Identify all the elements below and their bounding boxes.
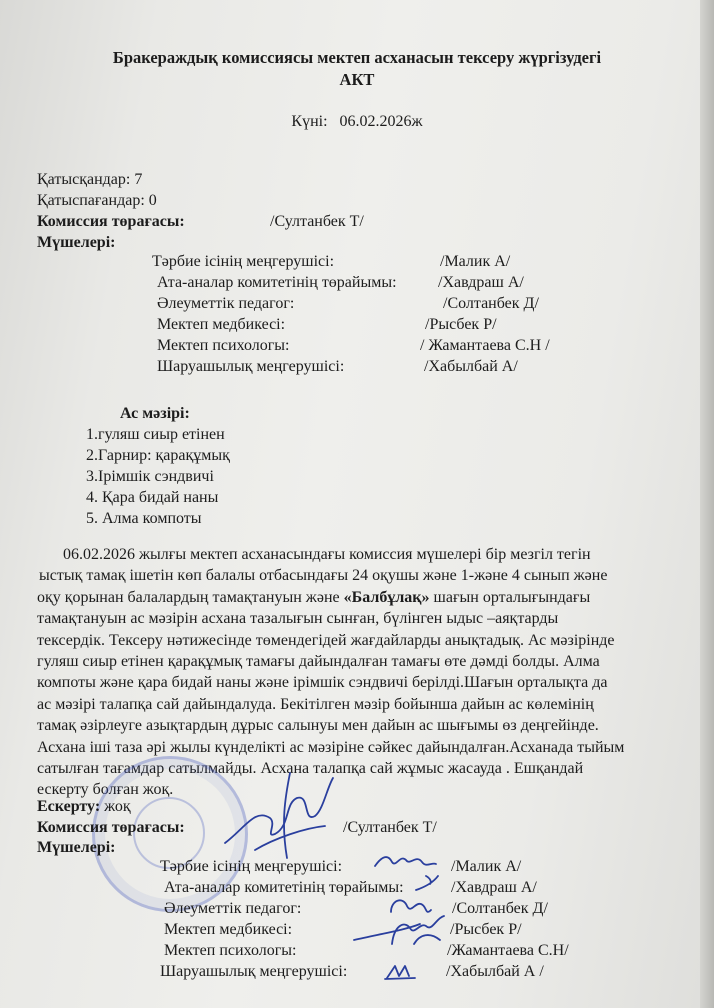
chair-label-bottom: Комиссия төрағасы: <box>37 818 185 838</box>
members-label-bottom: Мүшелері: <box>37 838 115 858</box>
member-role: Тәрбие ісінің меңгерушісі: <box>152 252 334 272</box>
member-name: /Солтанбек Д/ <box>443 294 539 314</box>
member-name: /Рысбек Р/ <box>425 315 497 335</box>
member-name: / Жамантаева С.Н / <box>420 336 550 356</box>
chair-signature <box>215 768 345 868</box>
menu-item: 3.Ірімшік сэндвичі <box>86 467 214 487</box>
member-name: /Жамантаева С.Н/ <box>447 941 569 961</box>
member-role: Шаруашылық меңгерушісі: <box>160 962 347 982</box>
attendance-present: Қатысқандар: 7 <box>37 170 142 190</box>
paragraph-line: тексердік. Тексеру нәтижесінде төмендегі… <box>37 630 707 651</box>
date-label: Күні: <box>291 113 327 130</box>
member-name: /Хабылбай А/ <box>424 357 518 377</box>
paper-edge-shadow <box>700 0 714 1008</box>
paragraph-line: ас мәзірі талапқа сай дайындалуда. Бекіт… <box>37 694 707 715</box>
menu-heading: Ас мәзірі: <box>120 404 190 424</box>
remark-value: жоқ <box>100 798 130 815</box>
document-title: Бракераждық комиссиясы мектеп асханасын … <box>0 48 714 68</box>
member-role: Мектеп медбикесі: <box>164 920 292 940</box>
remark: Ескерту: жоқ <box>37 797 131 817</box>
member-role: Мектеп медбикесі: <box>157 315 285 335</box>
paragraph-text: шағын орталығындағы <box>430 589 591 606</box>
member-signature <box>412 872 442 894</box>
member-name: /Хабылбай А / <box>446 962 544 982</box>
menu-item: 5. Алма компоты <box>86 509 202 529</box>
paragraph-line: Асхана іші таза әрі жылы күнделікті ас м… <box>37 737 707 758</box>
date-value: 06.02.2026ж <box>340 113 423 130</box>
menu-item: 1.гуляш сиыр етінен <box>86 425 225 445</box>
member-name: /Рысбек Р/ <box>450 920 522 940</box>
paragraph-line: 06.02.2026 жылғы мектеп асханасындағы ко… <box>37 544 707 565</box>
paragraph-line: оқу қорынан балалардың тамақтануын және … <box>37 587 707 608</box>
member-role: Шаруашылық меңгерушісі: <box>157 357 344 377</box>
member-name: /Малик А/ <box>451 857 521 877</box>
members-label-top: Мүшелері: <box>37 233 115 253</box>
member-role: Мектеп психологы: <box>164 941 296 961</box>
document-date: Күні: 06.02.2026ж <box>0 112 714 132</box>
paragraph-line: компоты және қара бидай наны және ірімші… <box>37 672 707 693</box>
remark-label: Ескерту: <box>37 798 100 815</box>
member-signature <box>383 960 419 982</box>
member-signature <box>350 914 450 950</box>
member-role: Ата-аналар комитетінің төрайымы: <box>164 878 404 898</box>
document-page: Бракераждық комиссиясы мектеп асханасын … <box>0 0 714 1008</box>
menu-item: 2.Гарнир: қарақұмық <box>86 446 230 466</box>
member-role: Әлеуметтік педагог: <box>164 899 301 919</box>
paragraph-text: оқу қорынан балалардың тамақтануын және <box>37 589 344 606</box>
chair-name-top: /Султанбек Т/ <box>270 212 364 232</box>
menu-item: 4. Қара бидай наны <box>86 488 218 508</box>
chair-label-top: Комиссия төрағасы: <box>37 212 185 232</box>
member-name: /Хавдраш А/ <box>451 878 537 898</box>
member-role: Ата-аналар комитетінің төрайымы: <box>157 273 397 293</box>
paragraph-line: тамақ әзірлеуге азықтардың дұрыс салынуы… <box>37 715 707 736</box>
paragraph-line: тамақтануын ас мәзірін асхана тазалығын … <box>37 608 707 629</box>
paragraph-line: ыстық тамақ ішетін көп балалы отбасындағ… <box>37 565 707 586</box>
member-name: /Солтанбек Д/ <box>452 899 548 919</box>
chair-name-bottom: /Султанбек Т/ <box>343 818 437 838</box>
member-signature <box>370 850 440 872</box>
center-name: «Балбұлақ» <box>344 589 430 606</box>
document-subtitle-act: АКТ <box>0 70 714 90</box>
member-name: /Малик А/ <box>440 252 510 272</box>
attendance-absent: Қатыспағандар: 0 <box>37 191 157 211</box>
member-role: Әлеуметтік педагог: <box>157 294 294 314</box>
member-name: /Хавдраш А/ <box>438 273 524 293</box>
member-role: Мектеп психологы: <box>157 336 289 356</box>
paragraph-line: гуляш сиыр етінен қарақұмық тамағы дайын… <box>37 651 707 672</box>
